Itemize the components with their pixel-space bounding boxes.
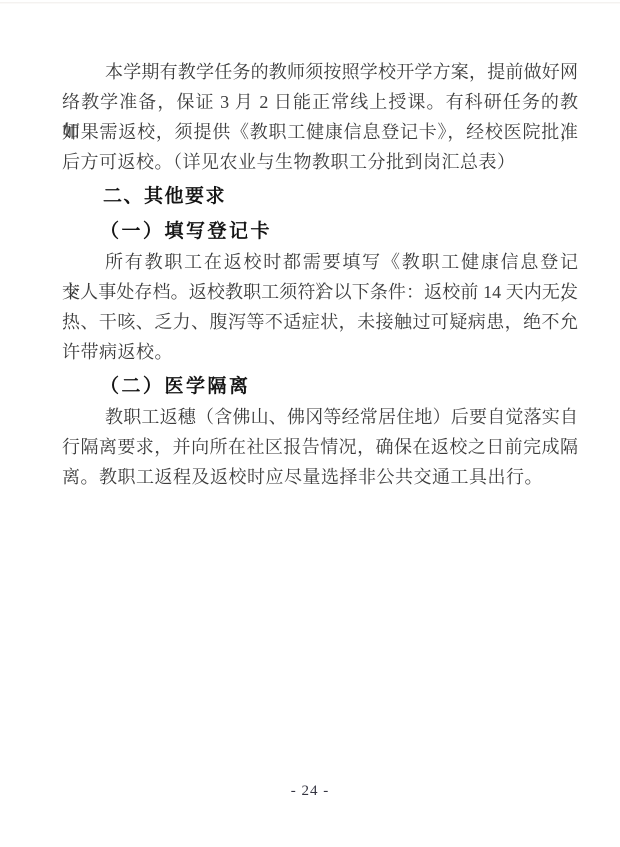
subsection-heading: （二）医学隔离 bbox=[62, 372, 578, 402]
document-page: 本学期有教学任务的教师须按照学校开学方案，提前做好网 络教学准备，保证 3 月 … bbox=[0, 0, 620, 847]
paragraph-line: 本学期有教学任务的教师须按照学校开学方案，提前做好网 bbox=[62, 57, 578, 87]
paragraph-line: 许带病返校。 bbox=[62, 337, 578, 367]
paragraph-line: 教职工返穗（含佛山、佛冈等经常居住地）后要自觉落实自 bbox=[62, 402, 578, 432]
document-body: 本学期有教学任务的教师须按照学校开学方案，提前做好网 络教学准备，保证 3 月 … bbox=[62, 57, 578, 492]
paragraph-line: 如果需返校，须提供《教职工健康信息登记卡》，经校医院批准 bbox=[62, 117, 578, 147]
page-number: - 24 - bbox=[0, 781, 620, 801]
paragraph-line: 行隔离要求，并向所在社区报告情况，确保在返校之日前完成隔 bbox=[62, 432, 578, 462]
page-top-edge bbox=[0, 2, 620, 4]
subsection-heading: （一）填写登记卡 bbox=[62, 217, 578, 247]
paragraph-line: 后方可返校。（详见农业与生物教职工分批到岗汇总表） bbox=[62, 147, 578, 177]
paragraph-line: 交人事处存档。返校教职工须符合以下条件：返校前 14 天内无发 bbox=[62, 277, 578, 307]
paragraph-line: 所有教职工在返校时都需要填写《教职工健康信息登记卡》， bbox=[62, 247, 578, 277]
section-heading: 二、其他要求 bbox=[62, 182, 578, 212]
paragraph-line: 热、干咳、乏力、腹泻等不适症状，未接触过可疑病患，绝不允 bbox=[62, 307, 578, 337]
paragraph-line: 络教学准备，保证 3 月 2 日能正常线上授课。有科研任务的教师， bbox=[62, 87, 578, 117]
paragraph-line: 离。教职工返程及返校时应尽量选择非公共交通工具出行。 bbox=[62, 462, 578, 492]
